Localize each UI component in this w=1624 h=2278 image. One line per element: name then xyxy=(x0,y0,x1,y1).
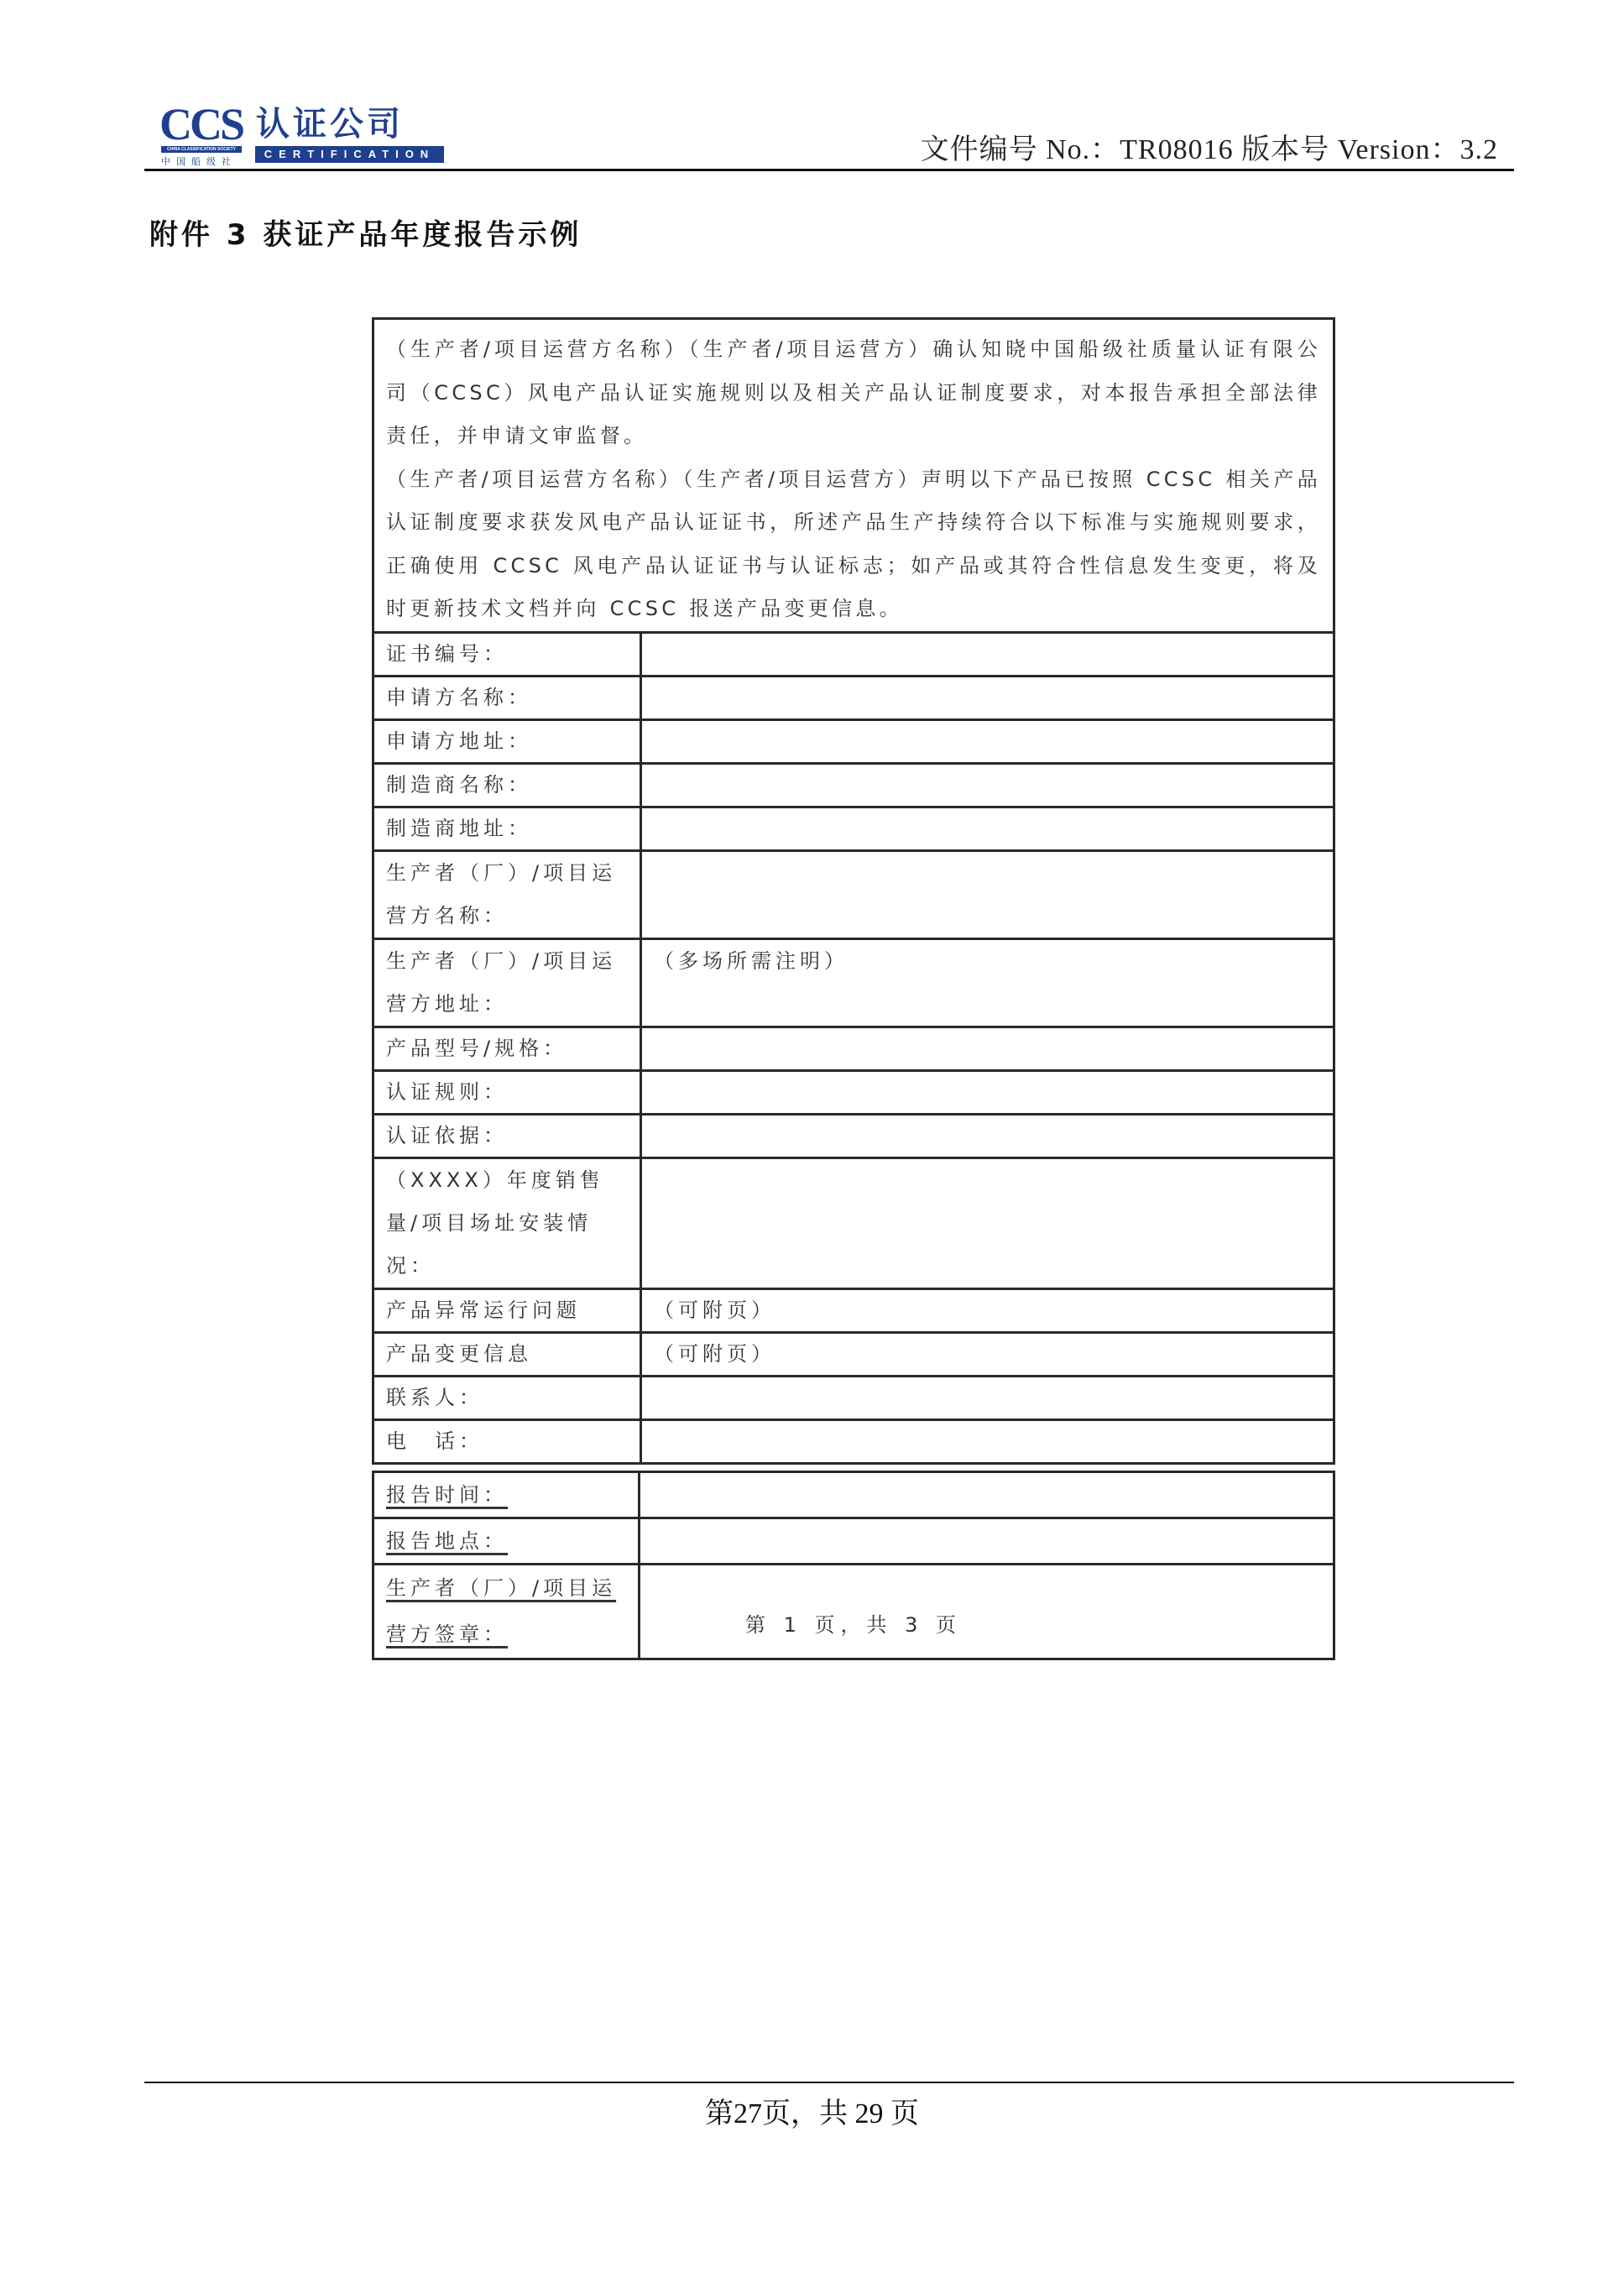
declaration-paragraph-1: （生产者/项目运营方名称）（生产者/项目运营方）确认知晓中国船级社质量认证有限公… xyxy=(386,328,1321,458)
certificate-no-field[interactable] xyxy=(641,632,1334,676)
table-row-producer-name: 生产者（厂）/项目运营方名称： xyxy=(373,850,1334,938)
table-row-product-model: 产品型号/规格： xyxy=(373,1027,1334,1070)
field-label: 生产者（厂）/项目运营方名称： xyxy=(373,850,641,938)
applicant-address-field[interactable] xyxy=(641,719,1334,763)
table-row-manufacturer-address: 制造商地址： xyxy=(373,807,1334,850)
logo-mark: CCS xyxy=(159,102,243,146)
header-divider xyxy=(144,169,1514,171)
field-label: 联系人： xyxy=(373,1376,641,1419)
page-number: 第27页，共 29 页 xyxy=(0,2090,1624,2131)
field-label: 申请方地址： xyxy=(373,719,641,763)
section-title: 附件 3 获证产品年度报告示例 xyxy=(149,212,582,253)
product-change-field[interactable]: （可附页） xyxy=(641,1332,1334,1376)
logo-society-en: CHINA CLASSIFICATION SOCIETY xyxy=(161,146,242,153)
field-label: 产品异常运行问题 xyxy=(373,1288,641,1332)
table-row-product-change: 产品变更信息 （可附页） xyxy=(373,1332,1334,1376)
table-row-producer-address: 生产者（厂）/项目运营方地址： （多场所需注明） xyxy=(373,938,1334,1027)
annual-report-form: （生产者/项目运营方名称）（生产者/项目运营方）确认知晓中国船级社质量认证有限公… xyxy=(372,317,1335,1660)
table-row-certification-basis: 认证依据： xyxy=(373,1114,1334,1157)
declaration-cell: （生产者/项目运营方名称）（生产者/项目运营方）确认知晓中国船级社质量认证有限公… xyxy=(373,319,1334,633)
field-label: 产品型号/规格： xyxy=(373,1027,641,1070)
logo-society-cn: 中国船级社 xyxy=(161,154,237,168)
field-label: 制造商地址： xyxy=(373,807,641,850)
product-model-field[interactable] xyxy=(641,1027,1334,1070)
declaration-paragraph-2: （生产者/项目运营方名称）（生产者/项目运营方）声明以下产品已按照 CCSC 相… xyxy=(386,458,1321,631)
certification-rules-field[interactable] xyxy=(641,1070,1334,1114)
table-row-manufacturer-name: 制造商名称： xyxy=(373,763,1334,807)
report-location-field[interactable] xyxy=(640,1518,1334,1564)
footer-divider xyxy=(144,2082,1514,2083)
certification-basis-field[interactable] xyxy=(641,1114,1334,1157)
table-row-applicant-name: 申请方名称： xyxy=(373,676,1334,719)
table-row-certificate-no: 证书编号： xyxy=(373,632,1334,676)
abnormal-operation-field[interactable]: （可附页） xyxy=(641,1288,1334,1332)
table-row-applicant-address: 申请方地址： xyxy=(373,719,1334,763)
field-label: 报告时间： xyxy=(373,1471,640,1518)
table-row-report-time: 报告时间： xyxy=(373,1471,1334,1518)
table-row-certification-rules: 认证规则： xyxy=(373,1070,1334,1114)
report-info-table: （生产者/项目运营方名称）（生产者/项目运营方）确认知晓中国船级社质量认证有限公… xyxy=(372,317,1335,1465)
producer-address-field[interactable]: （多场所需注明） xyxy=(641,938,1334,1027)
table-row-contact: 联系人： xyxy=(373,1376,1334,1419)
field-label: （XXXX）年度销售量/项目场址安装情况： xyxy=(373,1157,641,1288)
producer-name-field[interactable] xyxy=(641,850,1334,938)
contact-field[interactable] xyxy=(641,1376,1334,1419)
field-label: 制造商名称： xyxy=(373,763,641,807)
phone-field[interactable] xyxy=(641,1419,1334,1463)
field-label: 报告地点： xyxy=(373,1518,640,1564)
field-label: 申请方名称： xyxy=(373,676,641,719)
applicant-name-field[interactable] xyxy=(641,676,1334,719)
logo-company-en: CERTIFICATION xyxy=(255,146,444,163)
field-label: 认证规则： xyxy=(373,1070,641,1114)
table-row-abnormal-operation: 产品异常运行问题 （可附页） xyxy=(373,1288,1334,1332)
field-label: 电 话： xyxy=(373,1419,641,1463)
table-row-report-location: 报告地点： xyxy=(373,1518,1334,1564)
field-label: 产品变更信息 xyxy=(373,1332,641,1376)
logo-company-cn: 认证公司 xyxy=(256,106,404,143)
manufacturer-address-field[interactable] xyxy=(641,807,1334,850)
field-label: 生产者（厂）/项目运营方地址： xyxy=(373,938,641,1027)
field-label: 认证依据： xyxy=(373,1114,641,1157)
report-time-field[interactable] xyxy=(640,1471,1334,1518)
ccs-certification-logo: CCS CHINA CLASSIFICATION SOCIETY 中国船级社 认… xyxy=(159,102,453,168)
field-label: 证书编号： xyxy=(373,632,641,676)
table-row-phone: 电 话： xyxy=(373,1419,1334,1463)
annual-sales-field[interactable] xyxy=(641,1157,1334,1288)
document-number-version: 文件编号 No.：TR08016 版本号 Version：3.2 xyxy=(921,126,1498,167)
table-row-annual-sales: （XXXX）年度销售量/项目场址安装情况： xyxy=(373,1157,1334,1288)
form-page-number: 第 1 页，共 3 页 xyxy=(372,1608,1335,1638)
manufacturer-name-field[interactable] xyxy=(641,763,1334,807)
